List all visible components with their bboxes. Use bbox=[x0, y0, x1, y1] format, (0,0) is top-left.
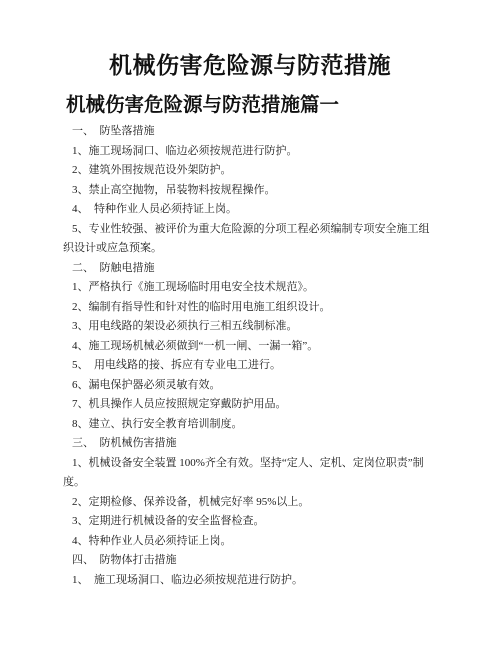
list-item: 5、 用电线路的接、拆应有专业电工进行。 bbox=[63, 356, 438, 376]
list-item: 2、建筑外围按规范设外架防护。 bbox=[63, 161, 438, 181]
list-item: 3、定期进行机械设备的安全监督检查。 bbox=[63, 512, 438, 532]
section-heading: 三、 防机械伤害措施 bbox=[63, 434, 438, 454]
list-item: 7、机具操作人员应按照规定穿戴防护用品。 bbox=[63, 395, 438, 415]
list-item: 2、编制有指导性和针对性的临时用电施工组织设计。 bbox=[63, 298, 438, 318]
document-body: 一、 防坠落措施1、施工现场洞口、临边必须按规范进行防护。2、建筑外围按规范设外… bbox=[0, 122, 500, 590]
list-item: 2、定期检修、保养设备，机械完好率 95%以上。 bbox=[63, 493, 438, 513]
list-item: 4、特种作业人员必须持证上岗。 bbox=[63, 532, 438, 552]
list-item: 4、施工现场机械必须做到“一机一闸、一漏一箱”。 bbox=[63, 337, 438, 357]
list-item: 1、严格执行《施工现场临时用电安全技术规范》。 bbox=[63, 278, 438, 298]
list-item: 4、 特种作业人员必须持证上岗。 bbox=[63, 200, 438, 220]
list-item: 6、漏电保护器必须灵敏有效。 bbox=[63, 376, 438, 396]
document-page: 机械伤害危险源与防范措施 机械伤害危险源与防范措施篇一 一、 防坠落措施1、施工… bbox=[0, 0, 500, 647]
section-heading: 二、 防触电措施 bbox=[63, 259, 438, 279]
document-subtitle: 机械伤害危险源与防范措施篇一 bbox=[66, 94, 438, 118]
list-item: 5、专业性较强、被评价为重大危险源的分项工程必须编制专项安全施工组织设计或应急预… bbox=[63, 220, 438, 259]
list-item: 8、建立、执行安全教育培训制度。 bbox=[63, 415, 438, 435]
list-item: 3、用电线路的架设必须执行三相五线制标准。 bbox=[63, 317, 438, 337]
list-item: 1、 施工现场洞口、临边必须按规范进行防护。 bbox=[63, 571, 438, 591]
section-heading: 一、 防坠落措施 bbox=[63, 122, 438, 142]
list-item: 3、禁止高空抛物，吊装物料按规程操作。 bbox=[63, 181, 438, 201]
list-item: 1、机械设备安全装置 100%齐全有效。坚持“定人、定机、定岗位职责”制度。 bbox=[63, 454, 438, 493]
document-title: 机械伤害危险源与防范措施 bbox=[0, 52, 500, 80]
section-heading: 四、 防物体打击措施 bbox=[63, 551, 438, 571]
list-item: 1、施工现场洞口、临边必须按规范进行防护。 bbox=[63, 142, 438, 162]
